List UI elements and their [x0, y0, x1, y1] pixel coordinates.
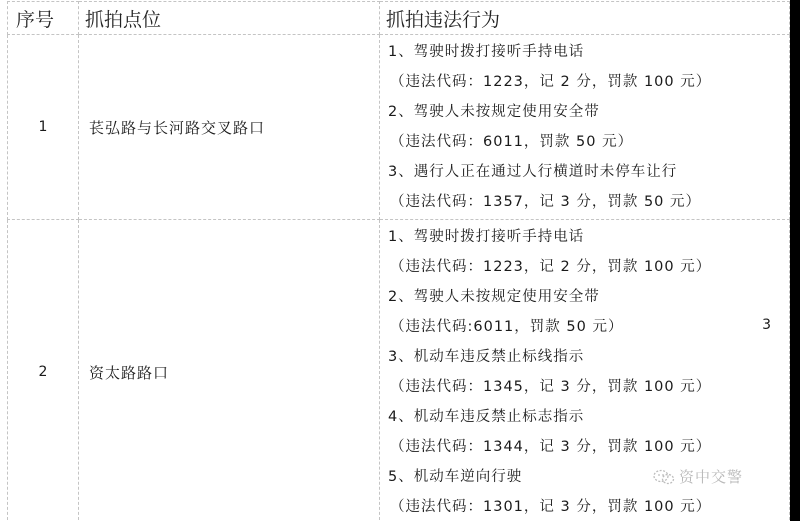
row-seq: 2 [8, 220, 79, 521]
violation-detail: （违法代码：1344，记 3 分，罚款 100 元） [388, 432, 789, 462]
violation-title: 3、机动车违反禁止标线指示 [388, 342, 789, 372]
violation-title: 2、驾驶人未按规定使用安全带 [388, 282, 789, 312]
row-seq: 1 [8, 35, 79, 220]
violation-detail: （违法代码：1357，记 3 分，罚款 50 元） [388, 187, 789, 217]
black-edge-strip [790, 0, 800, 521]
violation-detail: （违法代码：1223，记 2 分，罚款 100 元） [388, 67, 789, 97]
violation-detail: （违法代码:6011，罚款 50 元） [388, 312, 789, 342]
violation-title: 4、机动车违反禁止标志指示 [388, 402, 789, 432]
violation-detail: （违法代码：6011，罚款 50 元） [388, 127, 789, 157]
row-location: 资太路路口 [79, 220, 380, 521]
header-location: 抓拍点位 [79, 2, 380, 35]
violations-table: 序号 抓拍点位 抓拍违法行为 1 苌弘路与长河路交叉路口 1、驾驶时拨打接听手持… [7, 1, 790, 521]
row-violations: 1、驾驶时拨打接听手持电话 （违法代码：1223，记 2 分，罚款 100 元）… [380, 35, 790, 220]
violation-detail: （违法代码：1223，记 2 分，罚款 100 元） [388, 252, 789, 282]
header-behavior: 抓拍违法行为 [380, 2, 790, 35]
row-location: 苌弘路与长河路交叉路口 [79, 35, 380, 220]
violation-title: 2、驾驶人未按规定使用安全带 [388, 97, 789, 127]
violation-title: 3、遇行人正在通过人行横道时未停车让行 [388, 157, 789, 187]
violation-title: 1、驾驶时拨打接听手持电话 [388, 222, 789, 252]
watermark: 资中交警 [653, 466, 743, 487]
wechat-icon [653, 469, 675, 485]
violation-detail: （违法代码：1345，记 3 分，罚款 100 元） [388, 372, 789, 402]
header-seq: 序号 [8, 2, 79, 35]
violation-title: 1、驾驶时拨打接听手持电话 [388, 37, 789, 67]
table-header-row: 序号 抓拍点位 抓拍违法行为 [8, 2, 790, 35]
violation-detail: （违法代码：1301，记 3 分，罚款 100 元） [388, 492, 789, 521]
watermark-text: 资中交警 [679, 466, 743, 487]
table-row: 1 苌弘路与长河路交叉路口 1、驾驶时拨打接听手持电话 （违法代码：1223，记… [8, 35, 790, 220]
page-number: 3 [762, 317, 771, 333]
